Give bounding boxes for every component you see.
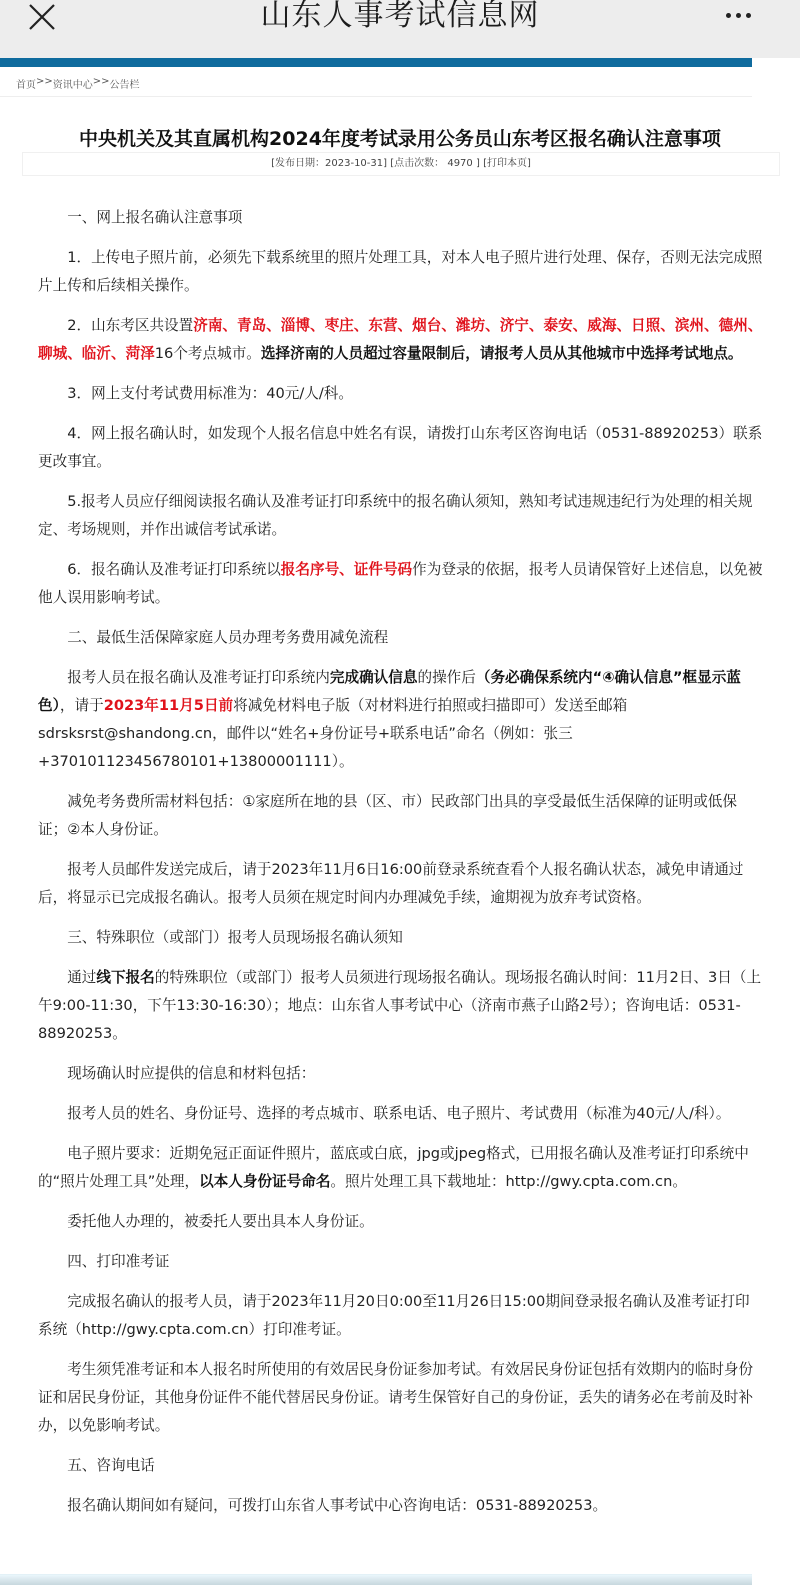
section-heading: 二、最低生活保障家庭人员办理考务费用减免流程 <box>38 624 764 652</box>
article-title: 中央机关及其直属机构2024年度考试录用公务员山东考区报名确认注意事项 <box>0 124 800 151</box>
bold-note: 选择济南的人员超过容量限制后，请报考人员从其他城市中选择考试地点。 <box>261 345 743 362</box>
paragraph: 考生须凭准考证和本人报名时所使用的有效居民身份证参加考试。有效居民身份证包括有效… <box>38 1356 764 1440</box>
site-nav-bar <box>0 58 752 67</box>
more-options-button[interactable] <box>716 0 760 30</box>
text: ，请于 <box>60 697 104 714</box>
more-dots-icon <box>726 13 731 18</box>
paragraph: 完成报名确认的报考人员，请于2023年11月20日0:00至11月26日15:0… <box>38 1288 764 1344</box>
bold-text: 完成确认信息 <box>330 669 418 686</box>
publish-date-label: [发布日期： <box>271 158 325 169</box>
paragraph: 减免考务费所需材料包括：①家庭所在地的县（区、市）民政部门出具的享受最低生活保障… <box>38 788 764 844</box>
bold-text: 线下报名 <box>96 969 154 986</box>
paragraph: 4．网上报名确认时，如发现个人报名信息中姓名有误，请拨打山东考区咨询电话（053… <box>38 420 764 476</box>
paragraph: 电子照片要求：近期免冠正面证件照片，蓝底或白底，jpg或jpeg格式，已用报名确… <box>38 1140 764 1196</box>
breadcrumb-separator: >> <box>93 76 110 91</box>
paragraph: 6．报名确认及准考证打印系统以报名序号、证件号码作为登录的依据，报考人员请保管好… <box>38 556 764 612</box>
section-heading: 三、特殊职位（或部门）报考人员现场报名确认须知 <box>38 924 764 952</box>
text: 的操作后 <box>417 669 475 686</box>
paragraph: 3．网上支付考试费用标准为：40元/人/科。 <box>38 380 764 408</box>
paragraph: 报考人员的姓名、身份证号、选择的考点城市、联系电话、电子照片、考试费用（标准为4… <box>38 1100 764 1128</box>
text: 16个考点城市。 <box>155 345 261 362</box>
paragraph: 委托他人办理的，被委托人要出具本人身份证。 <box>38 1208 764 1236</box>
more-dots-icon <box>746 13 751 18</box>
paragraph: 报名确认期间如有疑问，可拨打山东省人事考试中心咨询电话：0531-8892025… <box>38 1492 764 1520</box>
text: 。照片处理工具下载地址：http://gwy.cpta.com.cn。 <box>330 1173 687 1190</box>
section-heading: 五、咨询电话 <box>38 1452 764 1480</box>
deadline-highlight: 2023年11月5日前 <box>104 697 233 714</box>
paragraph: 报考人员在报名确认及准考证打印系统内完成确认信息的操作后（务必确保系统内“④确认… <box>38 664 764 776</box>
print-page-link[interactable]: [打印本页] <box>483 158 531 169</box>
breadcrumb-bulletin[interactable]: 公告栏 <box>110 76 140 91</box>
breadcrumb: 首页 >> 资讯中心 >> 公告栏 <box>16 76 140 91</box>
section-heading: 四、打印准考证 <box>38 1248 764 1276</box>
divider <box>0 96 752 97</box>
paragraph: 1．上传电子照片前，必须先下载系统里的照片处理工具，对本人电子照片进行处理、保存… <box>38 244 764 300</box>
publish-date: 2023-10-31 <box>325 158 383 169</box>
paragraph: 通过线下报名的特殊职位（或部门）报考人员须进行现场报名确认。现场报名确认时间：1… <box>38 964 764 1048</box>
text: 报考人员在报名确认及准考证打印系统内 <box>67 669 330 686</box>
article-meta: [发布日期：2023-10-31] [点击次数： 4970 ] [打印本页] <box>22 152 780 176</box>
browser-top-bar: 山东人事考试信息网 <box>0 0 800 58</box>
paragraph: 5.报考人员应仔细阅读报名确认及准考证打印系统中的报名确认须知，熟知考试违规违纪… <box>38 488 764 544</box>
click-count-label: [点击次数： <box>390 158 444 169</box>
breadcrumb-home[interactable]: 首页 <box>16 76 36 91</box>
bracket: ] <box>476 158 480 169</box>
paragraph: 2．山东考区共设置济南、青岛、淄博、枣庄、东营、烟台、潍坊、济宁、泰安、威海、日… <box>38 312 764 368</box>
footer-bar <box>0 1574 752 1585</box>
paragraph: 报考人员邮件发送完成后，请于2023年11月6日16:00前登录系统查看个人报名… <box>38 856 764 912</box>
highlight: 报名序号、证件号码 <box>281 561 412 578</box>
article-body: 一、网上报名确认注意事项 1．上传电子照片前，必须先下载系统里的照片处理工具，对… <box>38 204 764 1532</box>
bracket: ] <box>383 158 387 169</box>
paragraph: 现场确认时应提供的信息和材料包括： <box>38 1060 764 1088</box>
text: 通过 <box>67 969 96 986</box>
section-heading: 一、网上报名确认注意事项 <box>38 204 764 232</box>
app-title: 山东人事考试信息网 <box>0 0 800 36</box>
breadcrumb-news-center[interactable]: 资讯中心 <box>53 76 93 91</box>
bold-text: 以本人身份证号命名 <box>199 1173 330 1190</box>
text: 6．报名确认及准考证打印系统以 <box>67 561 281 578</box>
text: 2．山东考区共设置 <box>67 317 193 334</box>
breadcrumb-separator: >> <box>36 76 53 91</box>
click-count: 4970 <box>447 158 472 169</box>
more-dots-icon <box>736 13 741 18</box>
